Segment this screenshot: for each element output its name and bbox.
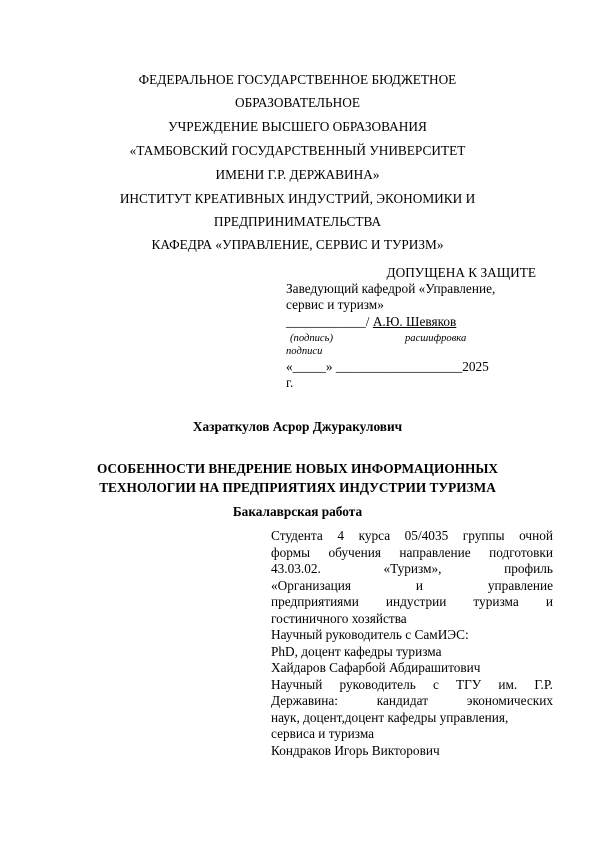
info-line-3: 43.03.02. «Туризм», профиль [271, 561, 553, 578]
header-line-1: ФЕДЕРАЛЬНОЕ ГОСУДАРСТВЕННОЕ БЮДЖЕТНОЕ [0, 72, 595, 88]
signature-separator: / [366, 314, 373, 329]
caption-decoding: расшифровка [405, 332, 466, 345]
head-name: А.Ю. Шевяков [373, 314, 457, 329]
header-line-4: «ТАМБОВСКИЙ ГОСУДАРСТВЕННЫЙ УНИВЕРСИТЕТ [0, 143, 595, 159]
approval-head-line-1: Заведующий кафедрой «Управление, [286, 281, 536, 297]
student-info-block: Студента 4 курса 05/4035 группы очной фо… [271, 528, 553, 759]
supervisor-2-line-2: Державина: кандидат экономических [271, 693, 553, 710]
supervisor-1-title: PhD, доцент кафедры туризма [271, 644, 553, 661]
date-day: «_____» [286, 359, 333, 374]
supervisor-1-label: Научный руководитель с СамИЭС: [271, 627, 553, 644]
work-type: Бакалаврская работа [0, 503, 595, 522]
header-line-8: КАФЕДРА «УПРАВЛЕНИЕ, СЕРВИС И ТУРИЗМ» [0, 237, 595, 253]
info-line-4: «Организация и управление [271, 578, 553, 595]
signature-captions: (подпись) расшифровка [286, 332, 536, 345]
header-line-5: ИМЕНИ Г.Р. ДЕРЖАВИНА» [0, 167, 595, 183]
signature-blank: ____________ [286, 314, 366, 329]
supervisor-2-line-1: Научный руководитель с ТГУ им. Г.Р. [271, 677, 553, 694]
approval-head-line-2: сервис и туризм» [286, 297, 536, 313]
info-line-2: формы обучения направление подготовки [271, 545, 553, 562]
header-line-3: УЧРЕЖДЕНИЕ ВЫСШЕГО ОБРАЗОВАНИЯ [0, 119, 595, 135]
supervisor-2-line-3: наук, доцент,доцент кафедры управления, [271, 710, 553, 727]
supervisor-2-name: Кондраков Игорь Викторович [271, 743, 553, 760]
header-line-6: ИНСТИТУТ КРЕАТИВНЫХ ИНДУСТРИЙ, ЭКОНОМИКИ… [0, 191, 595, 207]
info-line-5: предприятиями индустрии туризма и [271, 594, 553, 611]
header-line-2: ОБРАЗОВАТЕЛЬНОЕ [0, 95, 595, 111]
info-line-1: Студента 4 курса 05/4035 группы очной [271, 528, 553, 545]
approval-block: ДОПУЩЕНА К ЗАЩИТЕ Заведующий кафедрой «У… [286, 265, 536, 391]
thesis-title-line-1: ОСОБЕННОСТИ ВНЕДРЕНИЕ НОВЫХ ИНФОРМАЦИОНН… [0, 460, 595, 479]
approval-title: ДОПУЩЕНА К ЗАЩИТЕ [286, 265, 536, 281]
author-name: Хазраткулов Асрор Джуракулович [0, 418, 595, 437]
date-year: 2025 [462, 359, 489, 374]
info-line-6: гостиничного хозяйства [271, 611, 553, 628]
date-month: ___________________ [336, 359, 462, 374]
caption-decoding-cont: подписи [286, 345, 536, 358]
header-line-7: ПРЕДПРИНИМАТЕЛЬСТВА [0, 214, 595, 230]
caption-signature: (подпись) [286, 332, 333, 345]
supervisor-2-line-4: сервиса и туризма [271, 726, 553, 743]
date-suffix: г. [286, 375, 536, 391]
document-page: ФЕДЕРАЛЬНОЕ ГОСУДАРСТВЕННОЕ БЮДЖЕТНОЕ ОБ… [0, 0, 595, 841]
signature-line: ____________/ А.Ю. Шевяков [286, 314, 536, 330]
thesis-title-line-2: ТЕХНОЛОГИИ НА ПРЕДПРИЯТИЯХ ИНДУСТРИИ ТУР… [0, 479, 595, 498]
date-line: «_____» ___________________2025 [286, 359, 536, 375]
supervisor-1-name: Хайдаров Сафарбой Абдирашитович [271, 660, 553, 677]
